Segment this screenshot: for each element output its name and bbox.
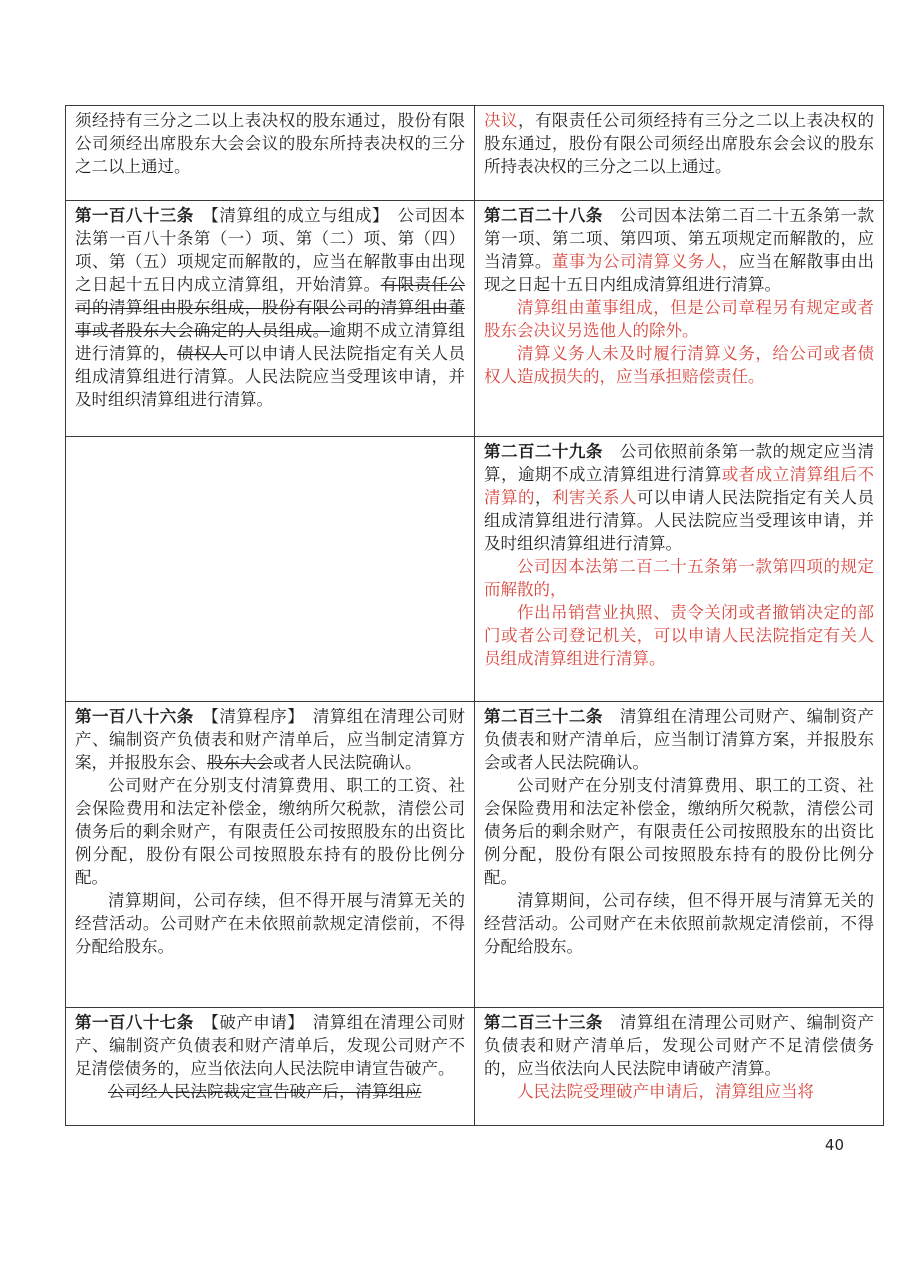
added-text: 清算组由董事组成，但是公司章程另有规定或者股东会决议另选他人的除外。 xyxy=(484,298,874,340)
new-law-cell: 第二百二十八条 公司因本法第二百二十五条第一款第一项、第二项、第四项、第五项规定… xyxy=(475,201,884,437)
article-number: 第二百二十八条 xyxy=(484,206,603,225)
table-row: 第一百八十七条 【破产申请】 清算组在清理公司财产、编制资产负债表和财产清单后，… xyxy=(66,1008,884,1126)
table-row: 第二百二十九条 公司依照前条第一款的规定应当清算，逾期不成立清算组进行清算或者成… xyxy=(66,437,884,702)
paragraph: 清算义务人未及时履行清算义务，给公司或者债权人造成损失的，应当承担赔偿责任。 xyxy=(484,342,874,388)
paragraph: 公司财产在分别支付清算费用、职工的工资、社会保险费用和法定补偿金，缴纳所欠税款，… xyxy=(75,774,465,889)
old-law-cell: 第一百八十三条 【清算组的成立与组成】 公司因本法第一百八十条第（一）项、第（二… xyxy=(66,201,475,437)
paragraph: 第一百八十三条 【清算组的成立与组成】 公司因本法第一百八十条第（一）项、第（二… xyxy=(75,204,465,411)
paragraph: 须经持有三分之二以上表决权的股东通过，股份有限公司须经出席股东大会会议的股东所持… xyxy=(75,109,465,178)
old-law-cell: 第一百八十六条 【清算程序】 清算组在清理公司财产、编制资产负债表和财产清单后，… xyxy=(66,702,475,1008)
added-text: 决议 xyxy=(484,111,518,130)
paragraph: 清算期间，公司存续，但不得开展与清算无关的经营活动。公司财产在未依照前款规定清偿… xyxy=(484,889,874,958)
old-law-cell-empty xyxy=(66,437,475,702)
paragraph: 清算组由董事组成，但是公司章程另有规定或者股东会决议另选他人的除外。 xyxy=(484,296,874,342)
paragraph: 第二百三十三条 清算组在清理公司财产、编制资产负债表和财产清单后，发现公司财产不… xyxy=(484,1011,874,1080)
table-row: 第一百八十六条 【清算程序】 清算组在清理公司财产、编制资产负债表和财产清单后，… xyxy=(66,702,884,1008)
added-text: 作出吊销营业执照、责令关闭或者撤销决定的部门或者公司登记机关，可以申请人民法院指… xyxy=(484,603,874,668)
old-law-cell: 第一百八十七条 【破产申请】 清算组在清理公司财产、编制资产负债表和财产清单后，… xyxy=(66,1008,475,1126)
text-run: 公司财产在分别支付清算费用、职工的工资、社会保险费用和法定补偿金，缴纳所欠税款，… xyxy=(75,776,465,887)
paragraph: 作出吊销营业执照、责令关闭或者撤销决定的部门或者公司登记机关，可以申请人民法院指… xyxy=(484,601,874,670)
text-run: 须经持有三分之二以上表决权的股东通过，股份有限公司须经出席股东大会会议的股东所持… xyxy=(75,111,465,176)
new-law-cell: 第二百二十九条 公司依照前条第一款的规定应当清算，逾期不成立清算组进行清算或者成… xyxy=(475,437,884,702)
text-run: 或者人民法院确认。 xyxy=(273,753,422,772)
paragraph: 公司经人民法院裁定宣告破产后，清算组应 xyxy=(75,1080,465,1103)
page-number: 40 xyxy=(825,1136,844,1154)
article-number: 第二百三十二条 xyxy=(484,707,603,726)
paragraph: 第二百二十九条 公司依照前条第一款的规定应当清算，逾期不成立清算组进行清算或者成… xyxy=(484,440,874,555)
new-law-cell: 决议，有限责任公司须经持有三分之二以上表决权的股东通过，股份有限公司须经出席股东… xyxy=(475,106,884,201)
added-text: 公司因本法第二百二十五条第一款第四项的规定而解散的， xyxy=(484,557,874,599)
added-text: 董事为公司清算义务人， xyxy=(552,252,739,271)
text-run: 清算期间，公司存续，但不得开展与清算无关的经营活动。公司财产在未依照前款规定清偿… xyxy=(484,891,874,956)
paragraph: 第一百八十六条 【清算程序】 清算组在清理公司财产、编制资产负债表和财产清单后，… xyxy=(75,705,465,774)
article-number: 第二百三十三条 xyxy=(484,1013,603,1032)
paragraph: 第二百三十二条 清算组在清理公司财产、编制资产负债表和财产清单后，应当制订清算方… xyxy=(484,705,874,774)
new-law-cell: 第二百三十三条 清算组在清理公司财产、编制资产负债表和财产清单后，发现公司财产不… xyxy=(475,1008,884,1126)
article-number: 第一百八十三条 xyxy=(75,206,194,225)
old-law-cell: 须经持有三分之二以上表决权的股东通过，股份有限公司须经出席股东大会会议的股东所持… xyxy=(66,106,475,201)
added-text: 人民法院受理破产申请后，清算组应当将 xyxy=(517,1082,814,1101)
added-text: 清算义务人未及时履行清算义务，给公司或者债权人造成损失的，应当承担赔偿责任。 xyxy=(484,344,874,386)
paragraph: 公司因本法第二百二十五条第一款第四项的规定而解散的， xyxy=(484,555,874,601)
paragraph: 决议，有限责任公司须经持有三分之二以上表决权的股东通过，股份有限公司须经出席股东… xyxy=(484,109,874,178)
paragraph: 第二百二十八条 公司因本法第二百二十五条第一款第一项、第二项、第四项、第五项规定… xyxy=(484,204,874,296)
paragraph: 第一百八十七条 【破产申请】 清算组在清理公司财产、编制资产负债表和财产清单后，… xyxy=(75,1011,465,1080)
text-run: ，有限责任公司须经持有三分之二以上表决权的股东通过，股份有限公司须经出席股东会会… xyxy=(484,111,874,176)
new-law-cell: 第二百三十二条 清算组在清理公司财产、编制资产负债表和财产清单后，应当制订清算方… xyxy=(475,702,884,1008)
paragraph: 公司财产在分别支付清算费用、职工的工资、社会保险费用和法定补偿金，缴纳所欠税款，… xyxy=(484,774,874,889)
law-comparison-table: 须经持有三分之二以上表决权的股东通过，股份有限公司须经出席股东大会会议的股东所持… xyxy=(65,105,884,1126)
table-row: 第一百八十三条 【清算组的成立与组成】 公司因本法第一百八十条第（一）项、第（二… xyxy=(66,201,884,437)
paragraph: 人民法院受理破产申请后，清算组应当将 xyxy=(484,1080,874,1103)
article-number: 第一百八十六条 xyxy=(75,707,194,726)
document-page: 须经持有三分之二以上表决权的股东通过，股份有限公司须经出席股东大会会议的股东所持… xyxy=(0,0,900,1273)
table-row: 须经持有三分之二以上表决权的股东通过，股份有限公司须经出席股东大会会议的股东所持… xyxy=(66,106,884,201)
added-text: 利害关系人 xyxy=(552,488,637,507)
text-run: 公司财产在分别支付清算费用、职工的工资、社会保险费用和法定补偿金，缴纳所欠税款，… xyxy=(484,776,874,887)
text-run: ， xyxy=(535,488,552,507)
paragraph: 清算期间，公司存续，但不得开展与清算无关的经营活动。公司财产在未依照前款规定清偿… xyxy=(75,889,465,958)
article-number: 第二百二十九条 xyxy=(484,442,603,461)
deleted-text: 公司经人民法院裁定宣告破产后，清算组应 xyxy=(108,1082,422,1101)
deleted-text: 股东大会 xyxy=(207,753,273,772)
deleted-text: 债权人 xyxy=(177,344,228,363)
article-number: 第一百八十七条 xyxy=(75,1013,194,1032)
text-run: 清算期间，公司存续，但不得开展与清算无关的经营活动。公司财产在未依照前款规定清偿… xyxy=(75,891,465,956)
